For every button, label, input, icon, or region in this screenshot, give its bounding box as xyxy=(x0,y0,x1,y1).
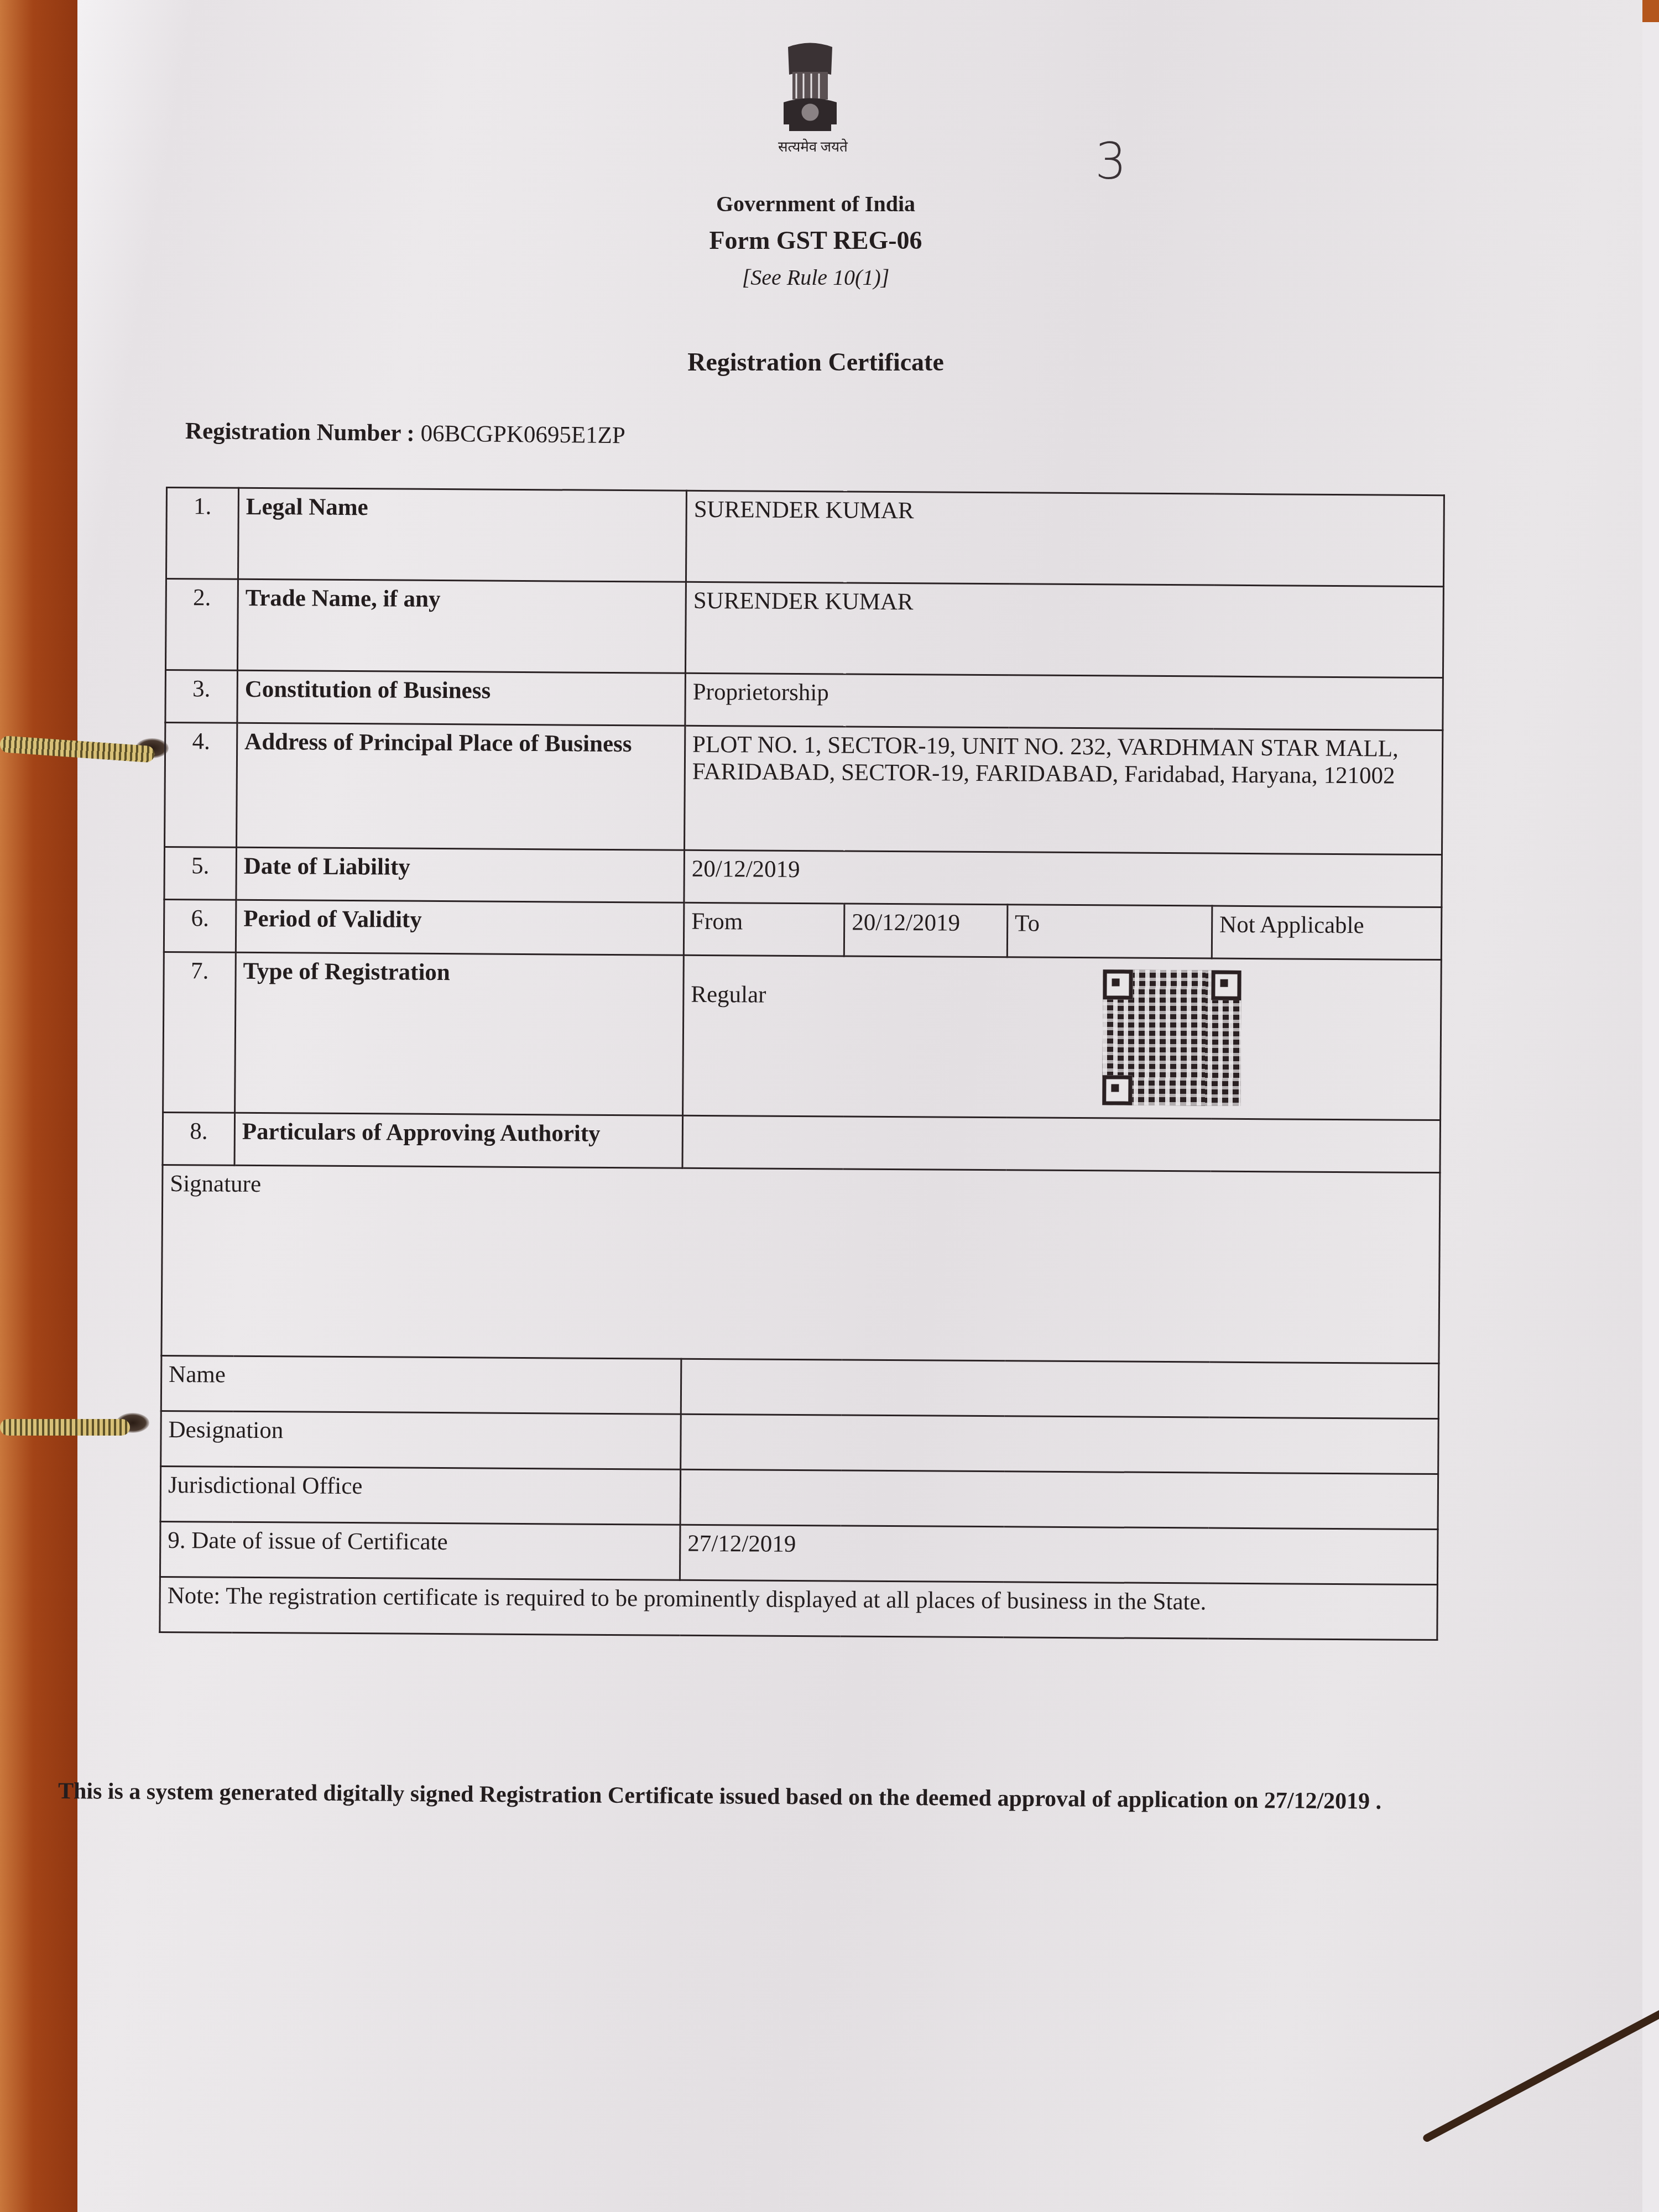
table-row: 4. Address of Principal Place of Busines… xyxy=(165,723,1443,855)
validity-from-value: 20/12/2019 xyxy=(844,904,1008,957)
table-row: 3. Constitution of Business Proprietorsh… xyxy=(165,670,1443,731)
table-row: 2. Trade Name, if any SURENDER KUMAR xyxy=(165,579,1443,678)
government-heading: Government of India xyxy=(553,191,1078,217)
table-row: 1. Legal Name SURENDER KUMAR xyxy=(166,488,1444,587)
table-row: Designation xyxy=(161,1411,1439,1474)
row-label: Date of Liability xyxy=(236,847,685,902)
table-row: Jurisdictional Office xyxy=(160,1466,1438,1529)
signature-label: Signature xyxy=(161,1165,1440,1363)
validity-from-label: From xyxy=(684,902,844,956)
liability-date-value: 20/12/2019 xyxy=(684,850,1442,907)
table-row: Name xyxy=(161,1355,1439,1418)
display-note: Note: The registration certificate is re… xyxy=(160,1577,1438,1640)
registration-type-value: Regular xyxy=(691,982,766,1008)
table-row: 9. Date of issue of Certificate 27/12/20… xyxy=(160,1521,1438,1584)
registration-number-value: 06BCGPK0695E1ZP xyxy=(420,420,625,448)
row-label: Constitution of Business xyxy=(237,670,686,726)
table-row: 6. Period of Validity From 20/12/2019 To… xyxy=(164,899,1442,959)
table-row: 5. Date of Liability 20/12/2019 xyxy=(164,847,1442,907)
validity-to-label: To xyxy=(1007,905,1212,958)
jurisdictional-office-value xyxy=(680,1469,1438,1529)
registration-number-label: Registration Number : xyxy=(185,418,415,446)
note-row: Note: The registration certificate is re… xyxy=(160,1577,1438,1640)
row-label: Trade Name, if any xyxy=(237,579,686,673)
table-row: 8. Particulars of Approving Authority xyxy=(163,1112,1441,1172)
rule-reference: [See Rule 10(1)] xyxy=(553,264,1078,290)
national-emblem-icon xyxy=(771,41,849,135)
issue-date-label: 9. Date of issue of Certificate xyxy=(160,1521,680,1580)
row-label: Particulars of Approving Authority xyxy=(234,1113,683,1168)
row-number: 2. xyxy=(165,579,238,671)
jurisdictional-office-label: Jurisdictional Office xyxy=(160,1466,681,1525)
signature-row: Signature xyxy=(161,1165,1440,1363)
certificate-table: 1. Legal Name SURENDER KUMAR 2. Trade Na… xyxy=(159,487,1443,1641)
issue-date-value: 27/12/2019 xyxy=(680,1525,1438,1584)
row-number: 4. xyxy=(165,723,237,848)
designation-value xyxy=(681,1414,1439,1474)
row-number: 1. xyxy=(166,488,238,580)
form-heading: Form GST REG-06 xyxy=(553,226,1078,255)
row-label: Type of Registration xyxy=(235,952,684,1115)
emblem-motto: सत्यमेव जयते xyxy=(769,136,857,156)
binder-ring xyxy=(0,1419,130,1436)
folder-cover xyxy=(0,0,83,2212)
table-row: 7. Type of Registration Regular xyxy=(163,952,1442,1120)
designation-label: Designation xyxy=(161,1411,681,1469)
row-number: 8. xyxy=(163,1112,235,1165)
row-label: Period of Validity xyxy=(236,900,684,955)
row-label: Address of Principal Place of Business xyxy=(237,723,685,850)
row-label: Legal Name xyxy=(238,488,686,582)
certificate-title: Registration Certificate xyxy=(553,347,1078,377)
registration-type-cell: Regular xyxy=(683,955,1442,1120)
validity-to-value: Not Applicable xyxy=(1212,906,1442,960)
row-number: 6. xyxy=(164,899,236,952)
row-number: 5. xyxy=(164,847,237,900)
registration-number: Registration Number : 06BCGPK0695E1ZP xyxy=(185,418,625,449)
row-number: 3. xyxy=(165,670,238,723)
approving-authority-value xyxy=(682,1115,1441,1172)
legal-name-value: SURENDER KUMAR xyxy=(686,491,1444,586)
handwritten-page-number: 3 xyxy=(1095,133,1126,191)
constitution-value: Proprietorship xyxy=(685,673,1443,730)
authority-name-label: Name xyxy=(161,1355,681,1414)
authority-name-value xyxy=(681,1359,1439,1418)
qr-code-icon xyxy=(1102,969,1241,1106)
row-number: 7. xyxy=(163,952,236,1113)
address-value: PLOT NO. 1, SECTOR-19, UNIT NO. 232, VAR… xyxy=(685,726,1443,854)
trade-name-value: SURENDER KUMAR xyxy=(685,582,1443,677)
